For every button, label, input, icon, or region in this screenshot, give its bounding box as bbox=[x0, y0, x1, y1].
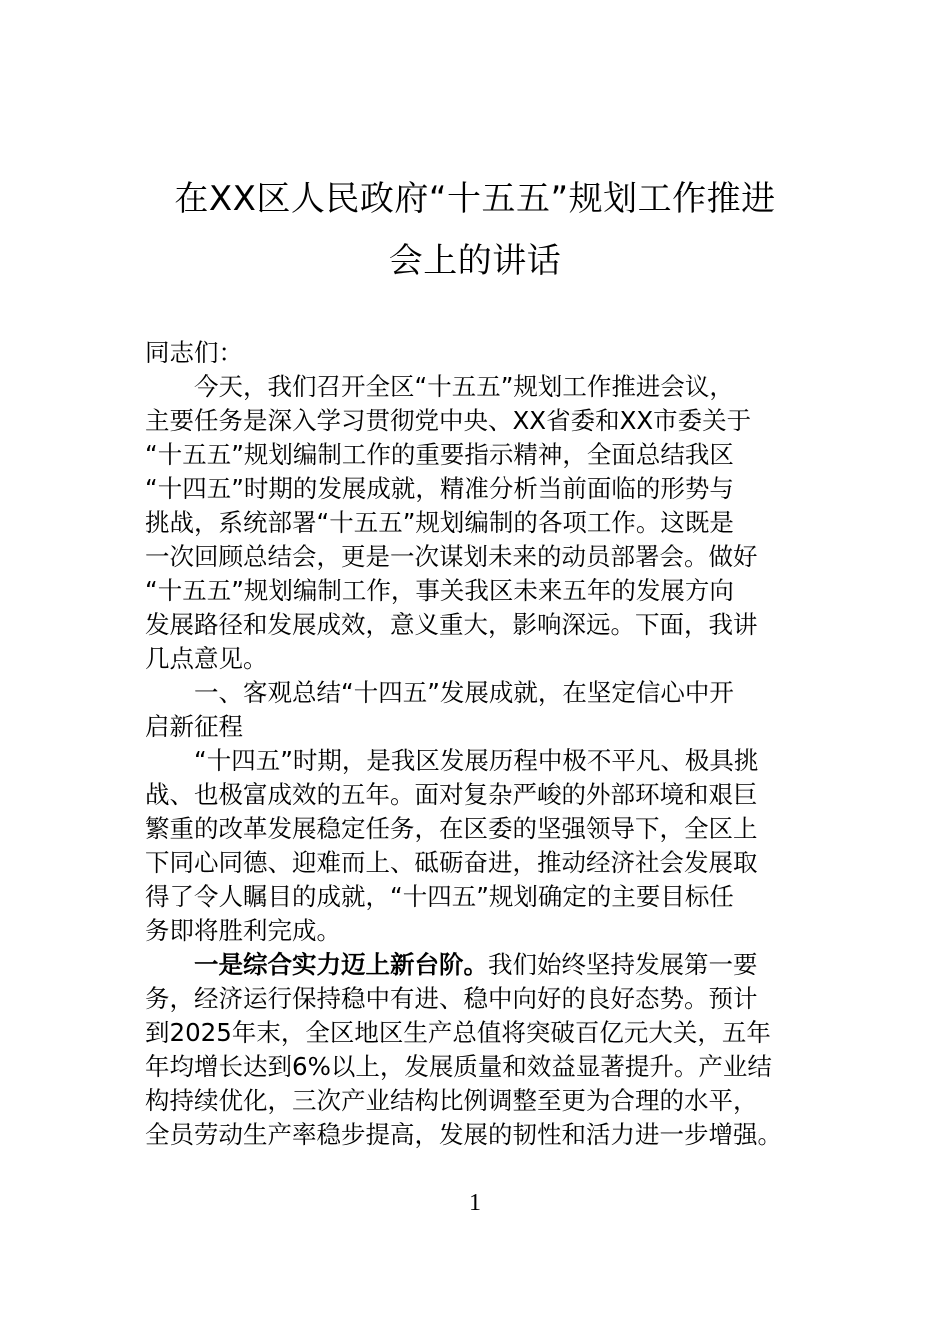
paragraph-line: 发展路径和发展成效，意义重大，影响深远。下面，我讲 bbox=[145, 608, 810, 642]
paragraph-line: 务即将胜利完成。 bbox=[145, 914, 810, 948]
paragraph-text: 我们始终坚持发展第一要 bbox=[488, 950, 758, 979]
salutation: 同志们： bbox=[145, 336, 810, 370]
paragraph-line: 今天，我们召开全区“十五五”规划工作推进会议， bbox=[145, 370, 810, 404]
paragraph-line: 一是综合实力迈上新台阶。我们始终坚持发展第一要 bbox=[145, 948, 810, 982]
paragraph-line: “十五五”规划编制工作的重要指示精神，全面总结我区 bbox=[145, 438, 810, 472]
bold-lead: 一是综合实力迈上新台阶。 bbox=[194, 950, 488, 979]
paragraph-line: 挑战，系统部署“十五五”规划编制的各项工作。这既是 bbox=[145, 506, 810, 540]
paragraph-line: 务，经济运行保持稳中有进、稳中向好的良好态势。预计 bbox=[145, 982, 810, 1016]
paragraph-line: “十五五”规划编制工作，事关我区未来五年的发展方向 bbox=[145, 574, 810, 608]
title-line: 会上的讲话 bbox=[130, 230, 820, 292]
paragraph-line: 年均增长达到6%以上，发展质量和效益显著提升。产业结 bbox=[145, 1050, 810, 1084]
paragraph-line: 到2025年末，全区地区生产总值将突破百亿元大关，五年 bbox=[145, 1016, 810, 1050]
paragraph-line: 构持续优化，三次产业结构比例调整至更为合理的水平， bbox=[145, 1084, 810, 1118]
paragraph-intro: 今天，我们召开全区“十五五”规划工作推进会议， 主要任务是深入学习贯彻党中央、X… bbox=[145, 370, 810, 676]
section-heading-1: 一、客观总结“十四五”发展成就，在坚定信心中开 启新征程 bbox=[145, 676, 810, 744]
paragraph-line: 战、也极富成效的五年。面对复杂严峻的外部环境和艰巨 bbox=[145, 778, 810, 812]
paragraph-line: 下同心同德、迎难而上、砥砺奋进，推动经济社会发展取 bbox=[145, 846, 810, 880]
document-page: 在XX区人民政府“十五五”规划工作推进 会上的讲话 同志们： 今天，我们召开全区… bbox=[0, 0, 950, 1344]
paragraph-line: “十四五”时期，是我区发展历程中极不平凡、极具挑 bbox=[145, 744, 810, 778]
heading-line: 启新征程 bbox=[145, 710, 810, 744]
paragraph-line: 繁重的改革发展稳定任务，在区委的坚强领导下，全区上 bbox=[145, 812, 810, 846]
paragraph-strength: 一是综合实力迈上新台阶。我们始终坚持发展第一要 务，经济运行保持稳中有进、稳中向… bbox=[145, 948, 810, 1152]
paragraph-line: 全员劳动生产率稳步提高，发展的韧性和活力进一步增强。 bbox=[145, 1118, 810, 1152]
title-line: 在XX区人民政府“十五五”规划工作推进 bbox=[130, 168, 820, 230]
document-title: 在XX区人民政府“十五五”规划工作推进 会上的讲话 bbox=[130, 168, 820, 292]
paragraph-line: 得了令人瞩目的成就，“十四五”规划确定的主要目标任 bbox=[145, 880, 810, 914]
document-body: 同志们： 今天，我们召开全区“十五五”规划工作推进会议， 主要任务是深入学习贯彻… bbox=[145, 336, 810, 1152]
paragraph-line: 几点意见。 bbox=[145, 642, 810, 676]
paragraph-line: “十四五”时期的发展成就，精准分析当前面临的形势与 bbox=[145, 472, 810, 506]
paragraph-line: 主要任务是深入学习贯彻党中央、XX省委和XX市委关于 bbox=[145, 404, 810, 438]
paragraph-achievements: “十四五”时期，是我区发展历程中极不平凡、极具挑 战、也极富成效的五年。面对复杂… bbox=[145, 744, 810, 948]
heading-line: 一、客观总结“十四五”发展成就，在坚定信心中开 bbox=[145, 676, 810, 710]
page-number: 1 bbox=[0, 1188, 950, 1218]
paragraph-line: 一次回顾总结会，更是一次谋划未来的动员部署会。做好 bbox=[145, 540, 810, 574]
